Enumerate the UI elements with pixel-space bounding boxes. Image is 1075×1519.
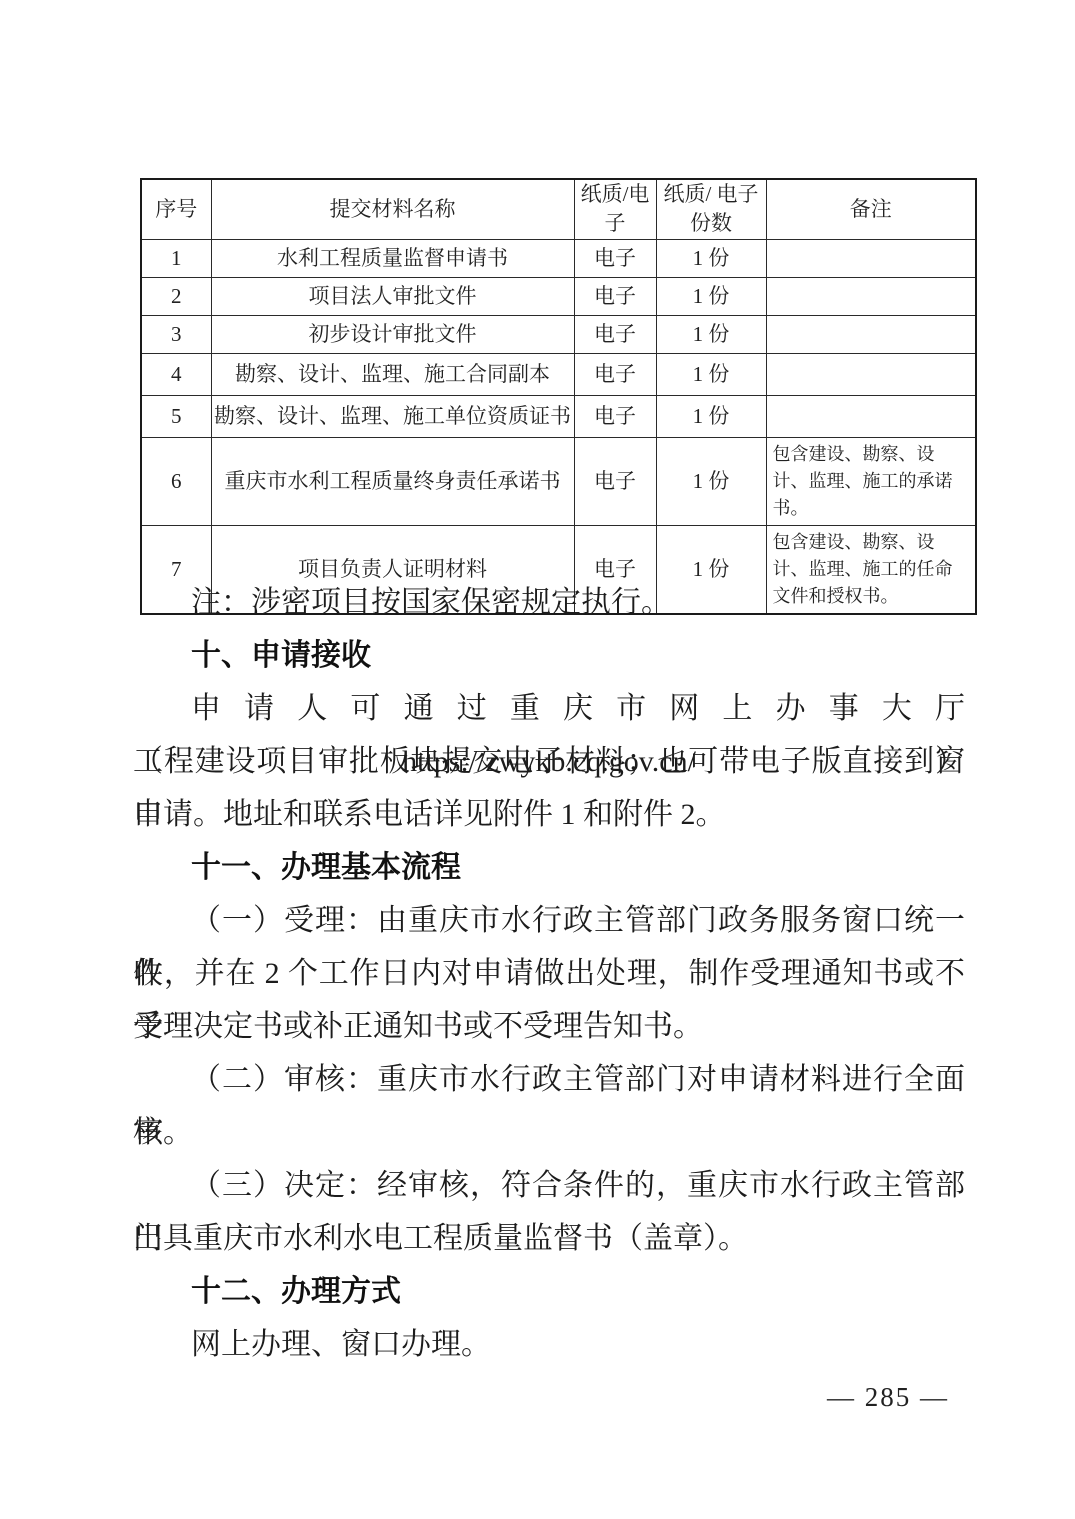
- cell-no: 4: [141, 353, 211, 395]
- cell-remark: 包含建设、勘察、设计、监理、施工的承诺书。: [766, 437, 976, 525]
- header-no: 序号: [141, 179, 211, 239]
- cell-no: 3: [141, 315, 211, 353]
- page-number: — 285 —: [133, 1371, 965, 1424]
- cell-medium: 电子: [574, 277, 656, 315]
- table-row: 6 重庆市水利工程质量终身责任承诺书 电子 1 份 包含建设、勘察、设计、监理、…: [141, 437, 976, 525]
- cell-medium: 电子: [574, 353, 656, 395]
- cell-material-name: 水利工程质量监督申请书: [211, 239, 574, 277]
- cell-remark: [766, 315, 976, 353]
- text-line: 受理决定书或补正通知书或不受理告知书。: [133, 1000, 965, 1053]
- cell-no: 6: [141, 437, 211, 525]
- cell-material-name: 项目法人审批文件: [211, 277, 574, 315]
- text-line: 出具重庆市水利水电工程质量监督书（盖章）。: [133, 1212, 965, 1265]
- cell-material-name: 勘察、设计、监理、施工单位资质证书: [211, 395, 574, 437]
- document-page: 序号 提交材料名称 纸质/电子 纸质/ 电子份数 备注 1 水利工程质量监督申请…: [0, 0, 1075, 1519]
- cell-copies: 1 份: [656, 315, 766, 353]
- body-text: 注：涉密项目按国家保密规定执行。 十、申请接收 申请人可通过重庆市网上办事大厅（…: [133, 576, 965, 1424]
- text-line: （一）受理：由重庆市水行政主管部门政务服务窗口统一收: [133, 894, 965, 947]
- materials-table: 序号 提交材料名称 纸质/电子 纸质/ 电子份数 备注 1 水利工程质量监督申请…: [140, 178, 977, 615]
- cell-medium: 电子: [574, 315, 656, 353]
- header-copies: 纸质/ 电子份数: [656, 179, 766, 239]
- cell-copies: 1 份: [656, 277, 766, 315]
- cell-no: 1: [141, 239, 211, 277]
- text-line: 网上办理、窗口办理。: [133, 1318, 965, 1371]
- cell-medium: 电子: [574, 239, 656, 277]
- cell-material-name: 勘察、设计、监理、施工合同副本: [211, 353, 574, 395]
- cell-copies: 1 份: [656, 437, 766, 525]
- cell-remark: [766, 395, 976, 437]
- text-line: 核。: [133, 1106, 965, 1159]
- cell-material-name: 初步设计审批文件: [211, 315, 574, 353]
- cell-medium: 电子: [574, 395, 656, 437]
- cell-copies: 1 份: [656, 353, 766, 395]
- section-heading-11: 十一、办理基本流程: [133, 841, 965, 894]
- table-header-row: 序号 提交材料名称 纸质/电子 纸质/ 电子份数 备注: [141, 179, 976, 239]
- cell-remark: [766, 277, 976, 315]
- header-material-name: 提交材料名称: [211, 179, 574, 239]
- cell-material-name: 重庆市水利工程质量终身责任承诺书: [211, 437, 574, 525]
- note-line: 注：涉密项目按国家保密规定执行。: [133, 576, 965, 629]
- table-row: 2 项目法人审批文件 电子 1 份: [141, 277, 976, 315]
- text-line: 工程建设项目审批板块提交电子材料；也可带电子版直接到窗口: [133, 735, 965, 788]
- text-line: 申请人可通过重庆市网上办事大厅（https://zwykb.cq.gov.cn/…: [133, 682, 965, 735]
- table-row: 4 勘察、设计、监理、施工合同副本 电子 1 份: [141, 353, 976, 395]
- cell-remark: [766, 353, 976, 395]
- section-heading-10: 十、申请接收: [133, 629, 965, 682]
- header-remark: 备注: [766, 179, 976, 239]
- table-row: 3 初步设计审批文件 电子 1 份: [141, 315, 976, 353]
- table-row: 1 水利工程质量监督申请书 电子 1 份: [141, 239, 976, 277]
- cell-no: 2: [141, 277, 211, 315]
- cell-copies: 1 份: [656, 239, 766, 277]
- section-heading-12: 十二、办理方式: [133, 1265, 965, 1318]
- cell-no: 5: [141, 395, 211, 437]
- cell-copies: 1 份: [656, 395, 766, 437]
- cell-medium: 电子: [574, 437, 656, 525]
- text-line: 件，并在 2 个工作日内对申请做出处理，制作受理通知书或不予: [133, 947, 965, 1000]
- table-row: 5 勘察、设计、监理、施工单位资质证书 电子 1 份: [141, 395, 976, 437]
- cell-remark: [766, 239, 976, 277]
- header-medium: 纸质/电子: [574, 179, 656, 239]
- text-line: 申请。地址和联系电话详见附件 1 和附件 2。: [133, 788, 965, 841]
- text-line: （三）决定：经审核，符合条件的，重庆市水行政主管部门: [133, 1159, 965, 1212]
- text-line: （二）审核：重庆市水行政主管部门对申请材料进行全面审: [133, 1053, 965, 1106]
